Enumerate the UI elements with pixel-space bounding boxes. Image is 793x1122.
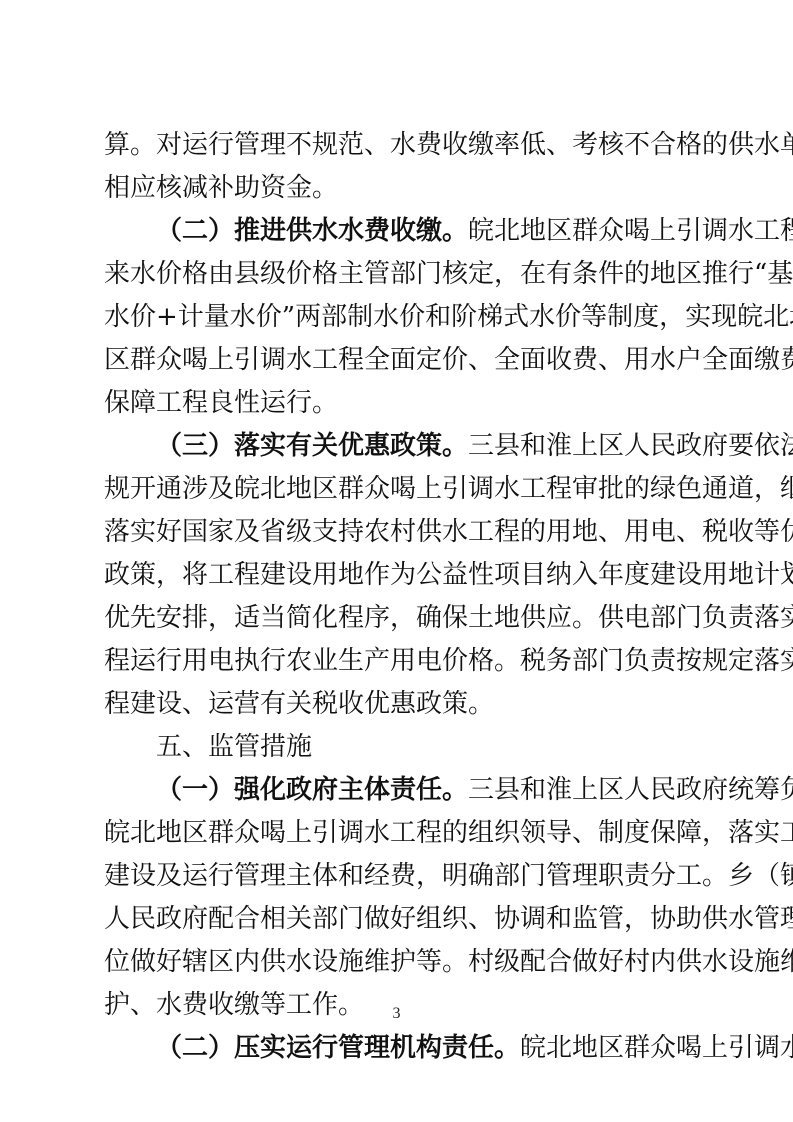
text-run: 皖北地区群众喝上引调水工程自 <box>468 216 793 246</box>
paragraph-first-line: （三）落实有关优惠政策。三县和淮上区人民政府要依法依 <box>104 425 692 468</box>
text-line: 程建设、运营有关税收优惠政策。 <box>104 683 692 726</box>
section-lead-bold: （二）推进供水水费收缴。 <box>156 216 468 246</box>
text-line: 保障工程良性运行。 <box>104 382 692 425</box>
text-line: 算。对运行管理不规范、水费收缴率低、考核不合格的供水单位， <box>104 124 692 167</box>
text-line: 规开通涉及皖北地区群众喝上引调水工程审批的绿色通道，继续 <box>104 468 692 511</box>
text-line: 位做好辖区内供水设施维护等。村级配合做好村内供水设施维 <box>104 941 692 984</box>
text-line: 相应核减补助资金。 <box>104 167 692 210</box>
page-number: 3 <box>0 1005 793 1023</box>
text-run: 皖北地区群众喝上引调水工 <box>520 1033 793 1063</box>
text-line: 人民政府配合相关部门做好组织、协调和监管，协助供水管理单 <box>104 898 692 941</box>
paragraph-first-line: （二）压实运行管理机构责任。皖北地区群众喝上引调水工 <box>104 1027 692 1070</box>
text-line: 落实好国家及省级支持农村供水工程的用地、用电、税收等优惠 <box>104 511 692 554</box>
section-lead-bold: （一）强化政府主体责任。 <box>156 775 468 805</box>
section-lead-bold: （二）压实运行管理机构责任。 <box>156 1033 520 1063</box>
paragraph-first-line: （一）强化政府主体责任。三县和淮上区人民政府统筹负责 <box>104 769 692 812</box>
text-line: 建设及运行管理主体和经费，明确部门管理职责分工。乡（镇） <box>104 855 692 898</box>
section-lead-bold: （三）落实有关优惠政策。 <box>156 431 468 461</box>
text-line: 优先安排，适当简化程序，确保土地供应。供电部门负责落实工 <box>104 597 692 640</box>
text-line: 区群众喝上引调水工程全面定价、全面收费、用水户全面缴费， <box>104 339 692 382</box>
text-run: 三县和淮上区人民政府统筹负责 <box>468 775 793 805</box>
text-line: 水价+计量水价”两部制水价和阶梯式水价等制度，实现皖北地 <box>104 296 692 339</box>
text-line: 皖北地区群众喝上引调水工程的组织领导、制度保障，落实工程 <box>104 812 692 855</box>
text-run: 三县和淮上区人民政府要依法依 <box>468 431 793 461</box>
section-heading: 五、监管措施 <box>104 726 692 769</box>
paragraph-first-line: （二）推进供水水费收缴。皖北地区群众喝上引调水工程自 <box>104 210 692 253</box>
text-line: 来水价格由县级价格主管部门核定，在有条件的地区推行“基本 <box>104 253 692 296</box>
document-page: 算。对运行管理不规范、水费收缴率低、考核不合格的供水单位， 相应核减补助资金。 … <box>104 124 692 1070</box>
text-line: 政策，将工程建设用地作为公益性项目纳入年度建设用地计划， <box>104 554 692 597</box>
text-line: 程运行用电执行农业生产用电价格。税务部门负责按规定落实工 <box>104 640 692 683</box>
